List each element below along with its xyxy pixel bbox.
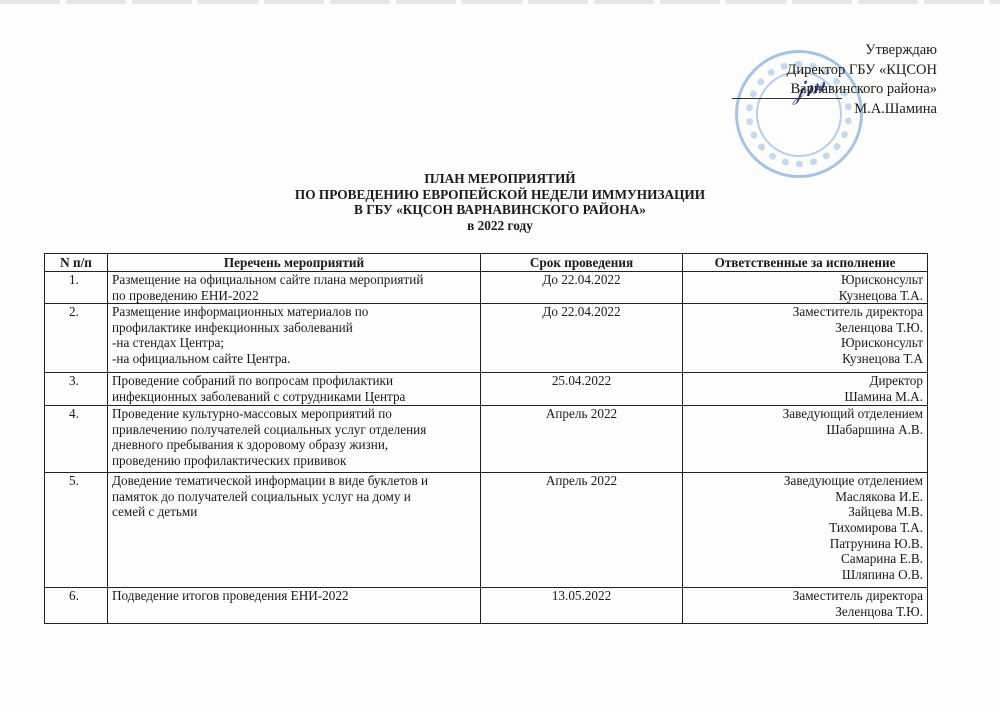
header-responsible: Ответственные за исполнение [683,254,928,272]
row-number: 1. [45,272,108,304]
row-date: Апрель 2022 [481,406,683,473]
row-date: До 22.04.2022 [481,304,683,373]
document-title: ПЛАН МЕРОПРИЯТИЙ ПО ПРОВЕДЕНИЮ ЕВРОПЕЙСК… [0,171,1000,233]
approval-line: Варнавинского района» [786,80,937,100]
table-row: 3. Проведение собраний по вопросам профи… [45,373,928,406]
header-activity: Перечень мероприятий [108,254,481,272]
row-number: 3. [45,373,108,406]
table-row: 5. Доведение тематической информации в в… [45,473,928,588]
row-date: 13.05.2022 [481,588,683,624]
row-activity: Проведение культурно-массовых мероприяти… [108,406,481,473]
row-activity: Доведение тематической информации в виде… [108,473,481,588]
row-activity: Проведение собраний по вопросам профилак… [108,373,481,406]
table-row: 4. Проведение культурно-массовых меропри… [45,406,928,473]
row-activity: Размещение информационных материалов по … [108,304,481,373]
table-row: 1. Размещение на официальном сайте плана… [45,272,928,304]
title-line: ПО ПРОВЕДЕНИЮ ЕВРОПЕЙСКОЙ НЕДЕЛИ ИММУНИЗ… [0,187,1000,203]
row-date: 25.04.2022 [481,373,683,406]
plan-table: N п/п Перечень мероприятий Срок проведен… [44,253,928,624]
row-date: Апрель 2022 [481,473,683,588]
approval-block: Утверждаю Директор ГБУ «КЦСОН Варнавинск… [786,41,937,119]
approval-line: Директор ГБУ «КЦСОН [786,61,937,81]
header-number: N п/п [45,254,108,272]
scan-edge-marks [0,0,1000,4]
row-activity: Размещение на официальном сайте плана ме… [108,272,481,304]
row-number: 6. [45,588,108,624]
header-date: Срок проведения [481,254,683,272]
row-responsible: Заместитель директора Зеленцова Т.Ю. [683,588,928,624]
row-date: До 22.04.2022 [481,272,683,304]
row-responsible: Заведующие отделением Маслякова И.Е. Зай… [683,473,928,588]
row-activity: Подведение итогов проведения ЕНИ-2022 [108,588,481,624]
row-responsible: Заместитель директора Зеленцова Т.Ю. Юри… [683,304,928,373]
table-header-row: N п/п Перечень мероприятий Срок проведен… [45,254,928,272]
table-row: 6. Подведение итогов проведения ЕНИ-2022… [45,588,928,624]
row-number: 4. [45,406,108,473]
row-responsible: Директор Шамина М.А. [683,373,928,406]
approval-line: М.А.Шамина [786,100,937,120]
title-line: ПЛАН МЕРОПРИЯТИЙ [0,171,1000,187]
row-number: 5. [45,473,108,588]
row-number: 2. [45,304,108,373]
row-responsible: Заведующий отделением Шабаршина А.В. [683,406,928,473]
title-line: В ГБУ «КЦСОН ВАРНАВИНСКОГО РАЙОНА» [0,202,1000,218]
row-responsible: Юрисконсульт Кузнецова Т.А. [683,272,928,304]
approval-line: Утверждаю [786,41,937,61]
title-line: в 2022 году [0,218,1000,234]
table-row: 2. Размещение информационных материалов … [45,304,928,373]
